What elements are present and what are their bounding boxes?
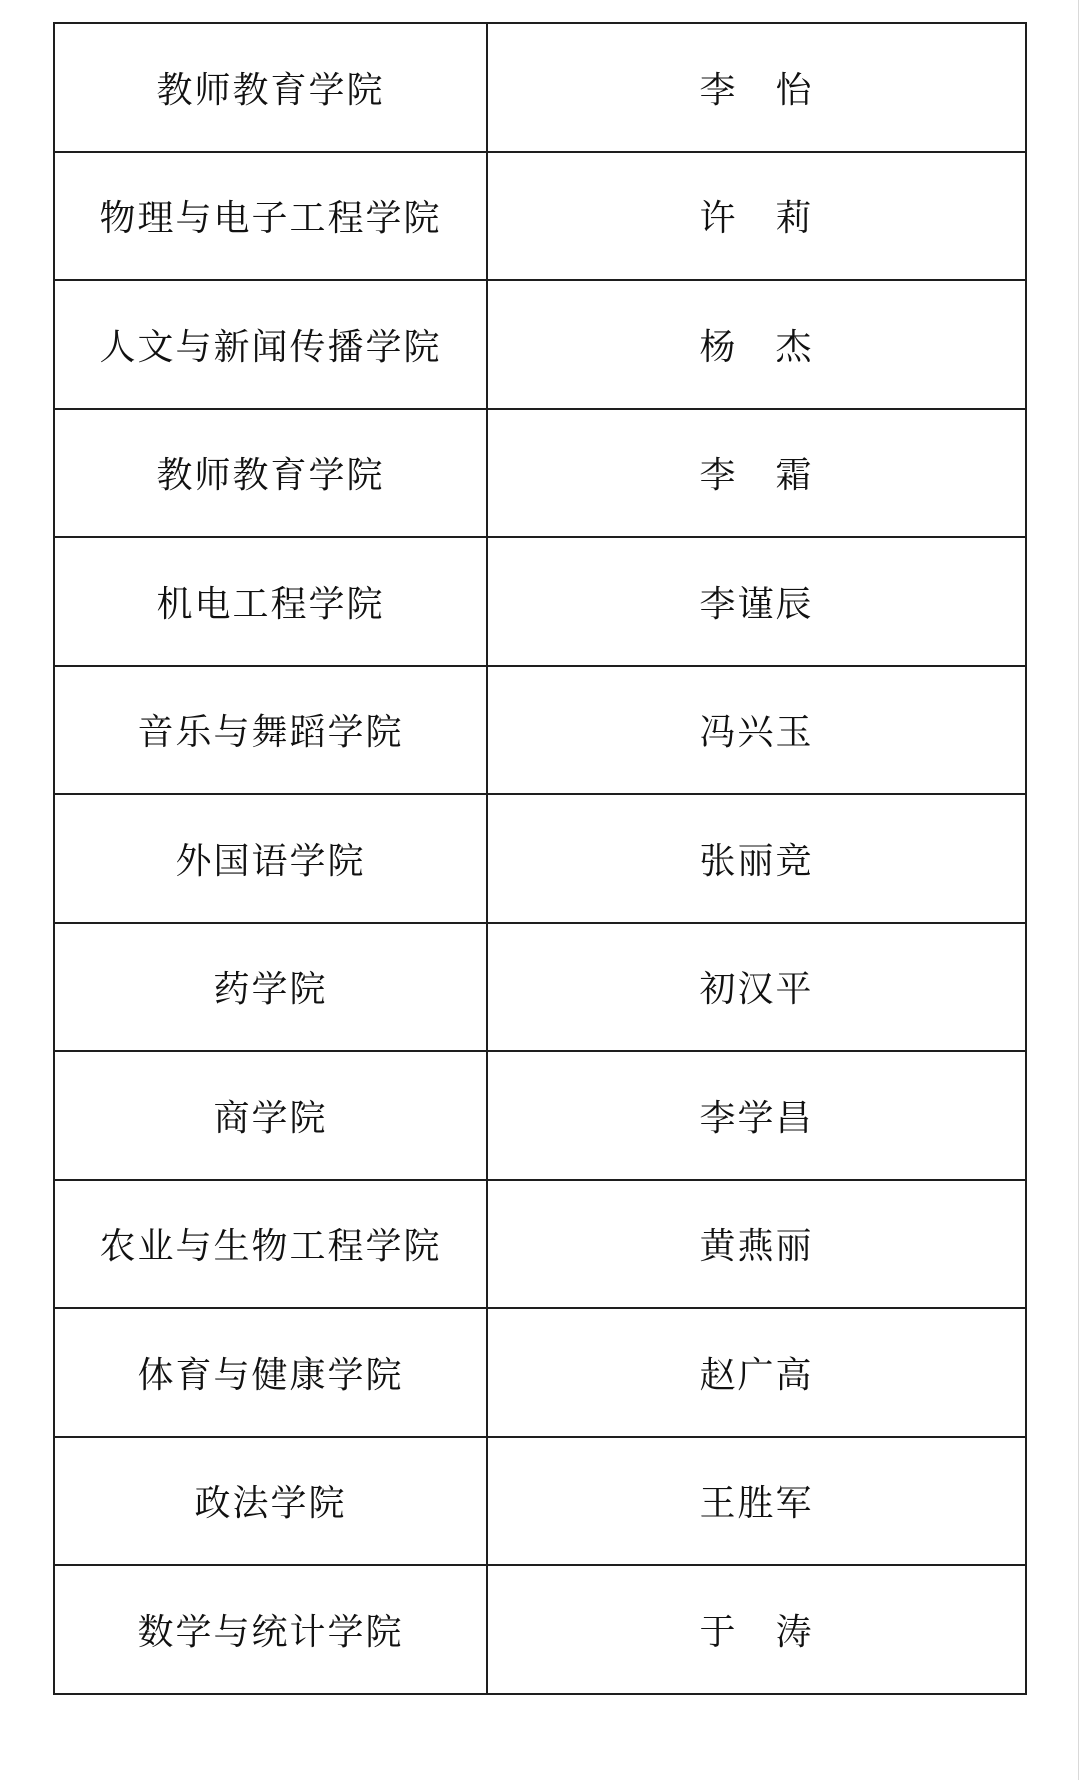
name-cell: 张丽竞 <box>487 794 1026 923</box>
department-cell: 物理与电子工程学院 <box>54 152 487 281</box>
department-cell: 商学院 <box>54 1051 487 1180</box>
name-cell: 李 怡 <box>487 23 1026 152</box>
department-cell: 体育与健康学院 <box>54 1308 487 1437</box>
department-cell: 教师教育学院 <box>54 409 487 538</box>
name-cell: 李谨辰 <box>487 537 1026 666</box>
department-cell: 机电工程学院 <box>54 537 487 666</box>
name-cell: 王胜军 <box>487 1437 1026 1566</box>
table-row: 政法学院 王胜军 <box>54 1437 1026 1566</box>
table-row: 体育与健康学院 赵广高 <box>54 1308 1026 1437</box>
name-cell: 黄燕丽 <box>487 1180 1026 1309</box>
table-row: 音乐与舞蹈学院 冯兴玉 <box>54 666 1026 795</box>
name-cell: 初汉平 <box>487 923 1026 1052</box>
name-cell: 于 涛 <box>487 1565 1026 1694</box>
department-cell: 农业与生物工程学院 <box>54 1180 487 1309</box>
name-cell: 杨 杰 <box>487 280 1026 409</box>
name-cell: 冯兴玉 <box>487 666 1026 795</box>
table-row: 教师教育学院 李 霜 <box>54 409 1026 538</box>
table-row: 农业与生物工程学院 黄燕丽 <box>54 1180 1026 1309</box>
department-cell: 政法学院 <box>54 1437 487 1566</box>
table-row: 机电工程学院 李谨辰 <box>54 537 1026 666</box>
department-cell: 数学与统计学院 <box>54 1565 487 1694</box>
table-row: 数学与统计学院 于 涛 <box>54 1565 1026 1694</box>
table-row: 物理与电子工程学院 许 莉 <box>54 152 1026 281</box>
table-row: 药学院 初汉平 <box>54 923 1026 1052</box>
department-name-table: 教师教育学院 李 怡 物理与电子工程学院 许 莉 人文与新闻传播学院 杨 杰 教… <box>53 22 1027 1695</box>
department-cell: 人文与新闻传播学院 <box>54 280 487 409</box>
department-cell: 外国语学院 <box>54 794 487 923</box>
name-cell: 赵广高 <box>487 1308 1026 1437</box>
name-cell: 李 霜 <box>487 409 1026 538</box>
table-row: 外国语学院 张丽竞 <box>54 794 1026 923</box>
table-row: 商学院 李学昌 <box>54 1051 1026 1180</box>
department-cell: 药学院 <box>54 923 487 1052</box>
department-cell: 音乐与舞蹈学院 <box>54 666 487 795</box>
table-row: 人文与新闻传播学院 杨 杰 <box>54 280 1026 409</box>
table-row: 教师教育学院 李 怡 <box>54 23 1026 152</box>
department-cell: 教师教育学院 <box>54 23 487 152</box>
name-cell: 李学昌 <box>487 1051 1026 1180</box>
name-cell: 许 莉 <box>487 152 1026 281</box>
